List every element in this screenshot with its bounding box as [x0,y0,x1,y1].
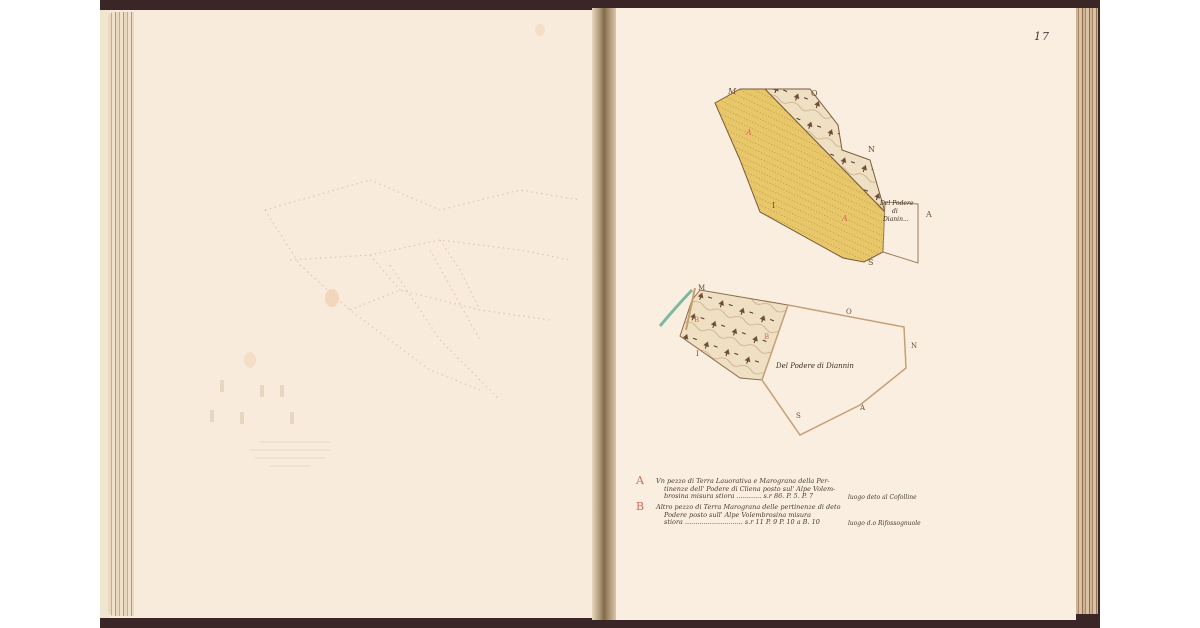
svg-text:A: A [745,128,752,137]
svg-text:B: B [764,333,769,341]
svg-text:M: M [727,87,737,96]
svg-text:A: A [925,210,932,219]
svg-text:Del Podere: Del Podere [879,200,914,207]
legend-key: A [636,477,644,485]
svg-text:I: I [696,350,699,358]
map-legend: A Vn pezzo di Terra Lauorativa e Marogra… [638,478,938,530]
legend-item-a: A Vn pezzo di Terra Lauorativa e Marogra… [638,478,938,504]
svg-text:S: S [796,412,801,420]
book-scan: 17 M O N A S I [100,0,1100,628]
upper-map: M O N A S I A A Del Podere di Dianin... [715,87,932,267]
svg-text:N: N [911,342,917,350]
svg-text:Del Podere di Diannin: Del Podere di Diannin [775,362,854,370]
svg-text:I: I [772,201,775,210]
svg-text:M: M [698,284,705,292]
svg-text:A: A [859,404,866,412]
svg-text:A: A [841,214,848,223]
svg-text:S: S [868,258,873,267]
legend-key: B [636,503,644,511]
svg-text:N: N [868,145,875,154]
lower-map: M O N A S I B B Del Podere di Diannin [660,284,917,435]
legend-note: luogo d.o Rifossognuole [848,520,921,528]
svg-text:O: O [811,89,818,98]
legend-note: luogo deto al Cofolline [848,494,917,502]
svg-text:B: B [694,316,699,324]
svg-text:O: O [846,308,852,316]
svg-text:di: di [892,208,898,215]
cadastral-maps: M O N A S I A A Del Podere di Dianin... … [100,0,1100,628]
svg-text:Dianin...: Dianin... [882,216,909,223]
legend-item-b: B Altro pezzo di Terra Marograna delle p… [638,504,938,530]
